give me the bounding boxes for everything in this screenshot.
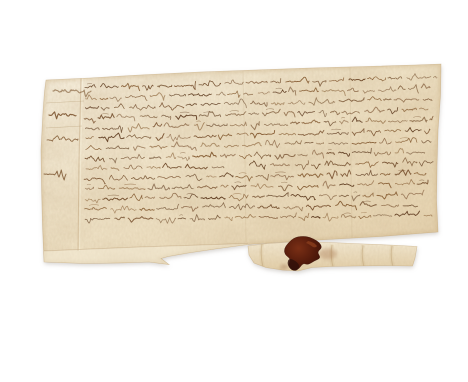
- photo-canvas: [0, 0, 468, 382]
- manuscript-photo: [0, 0, 468, 382]
